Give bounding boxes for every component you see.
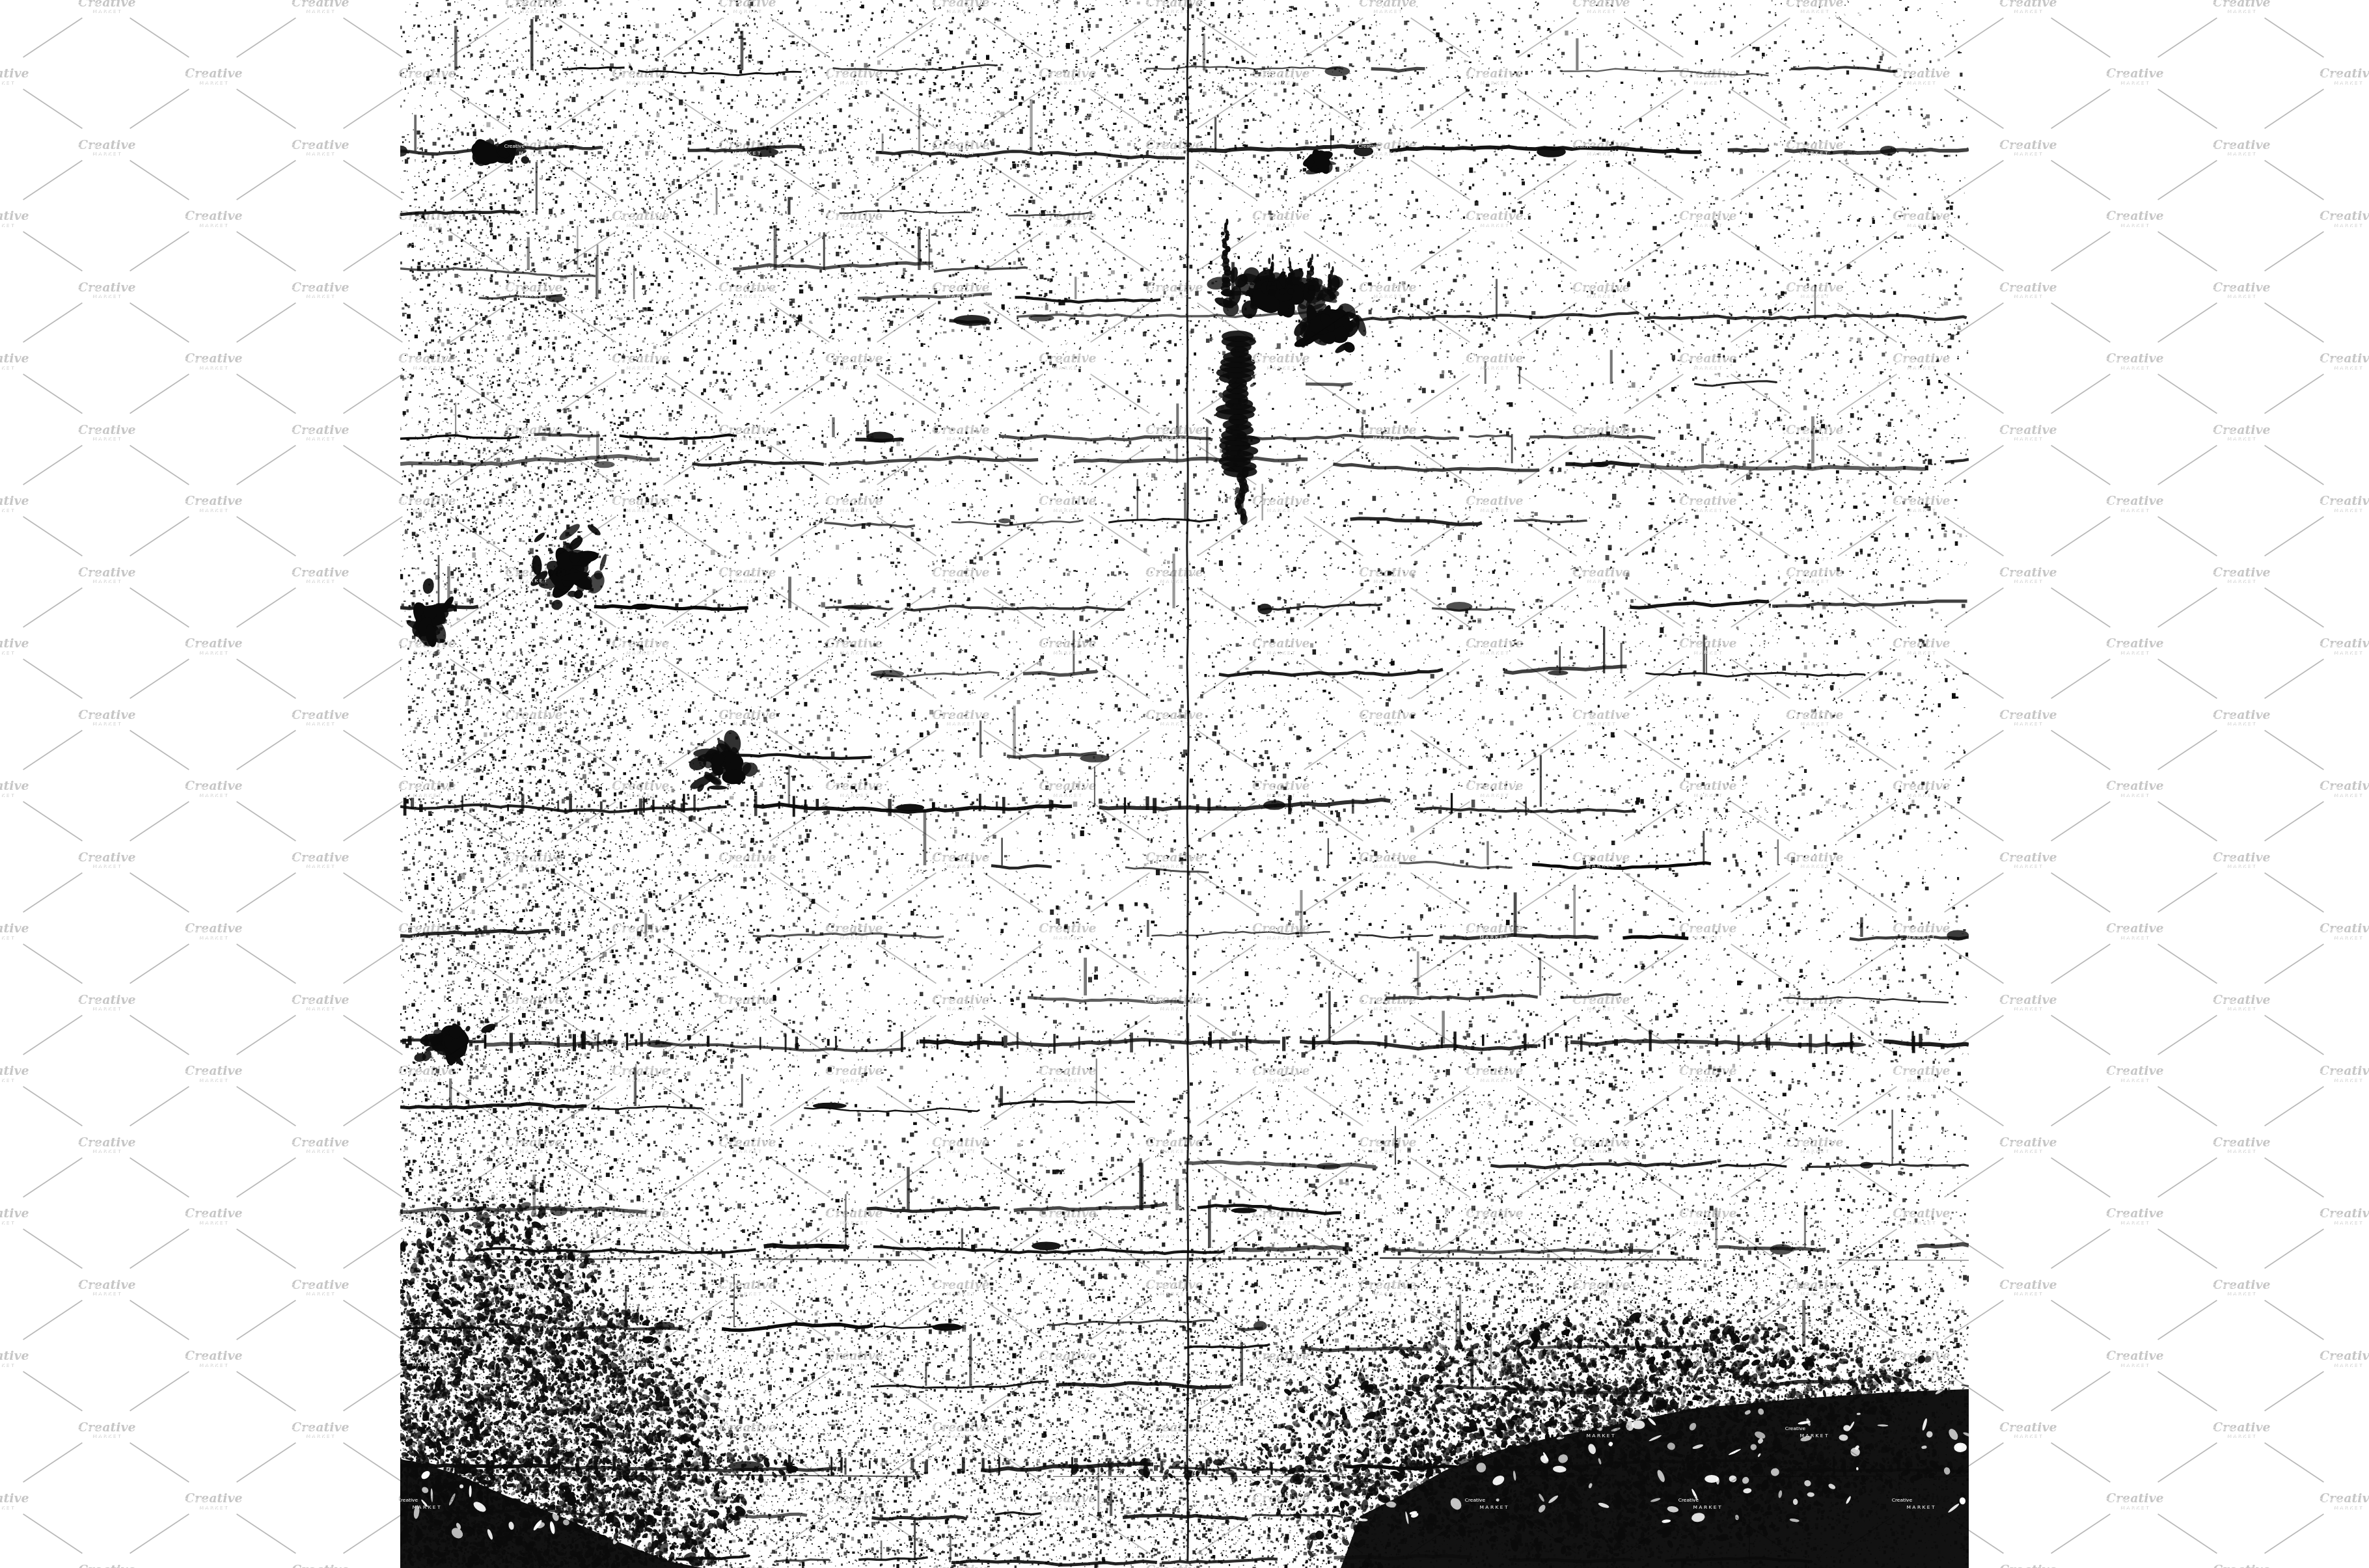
watermark-logo-highlights	[0, 0, 2369, 1568]
stock-image-preview	[0, 0, 2369, 1568]
